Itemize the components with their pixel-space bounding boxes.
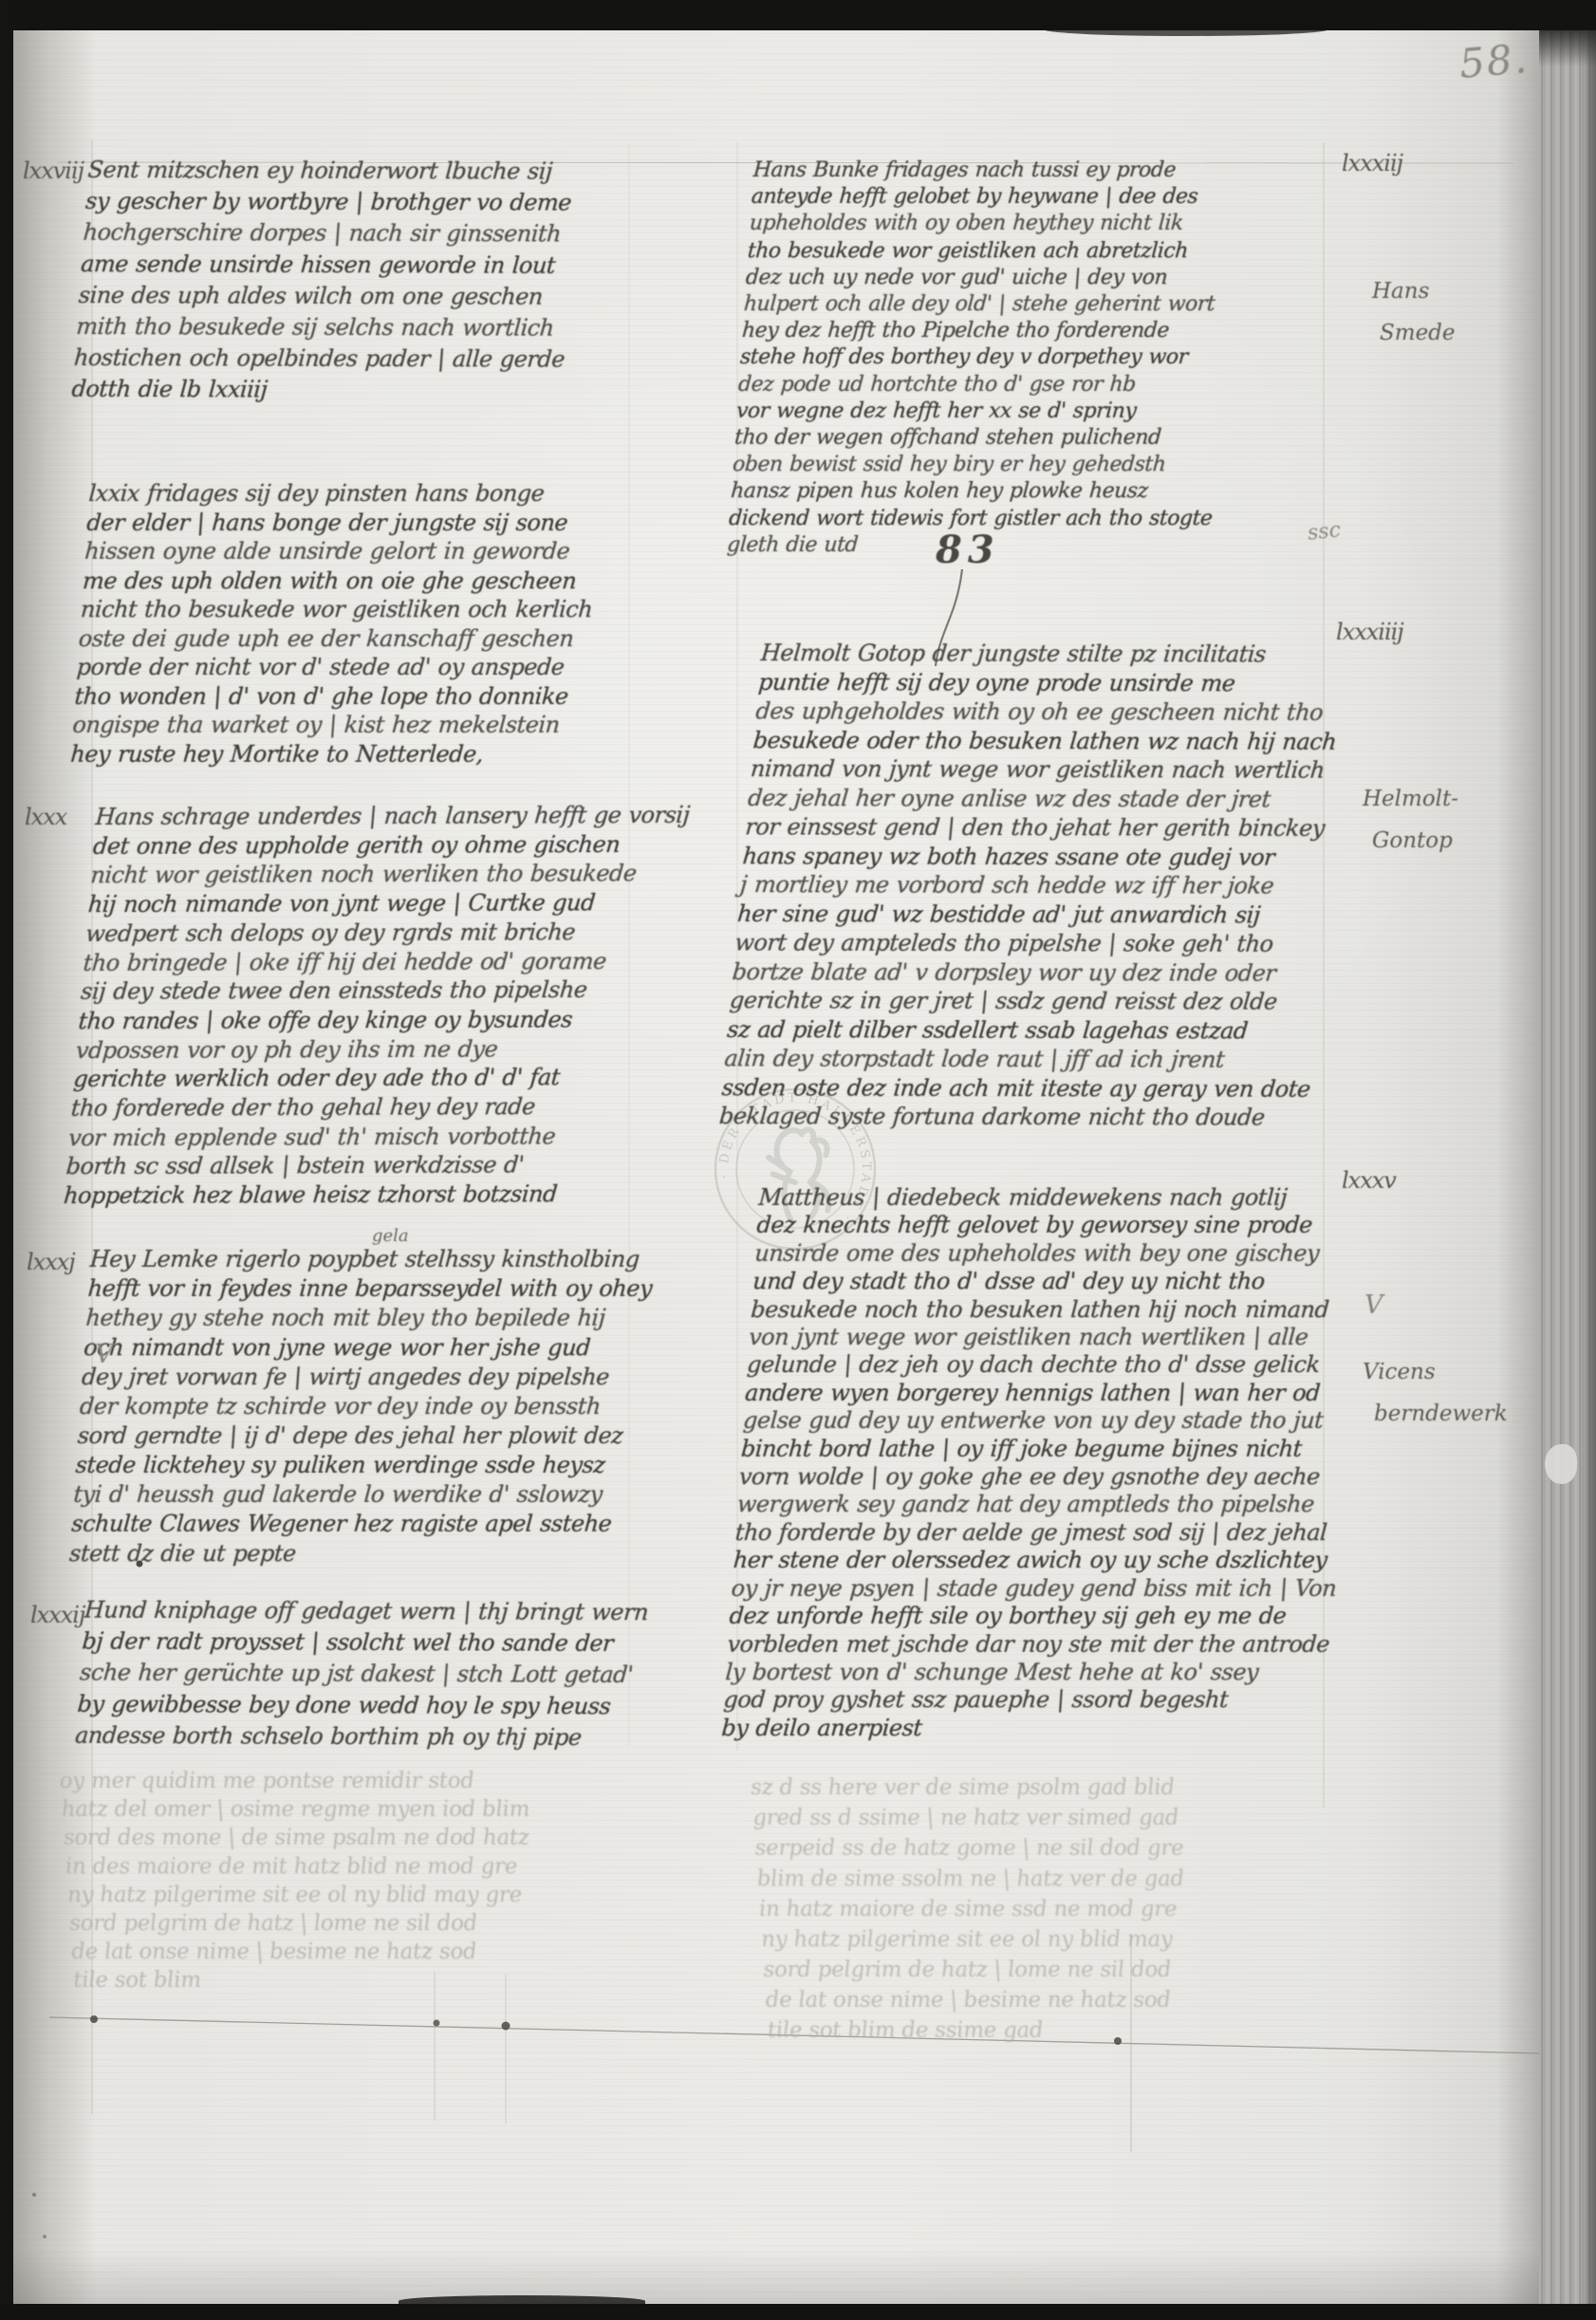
- text-line: ny hatz pilgerime sit ee ol ny blid may: [760, 1924, 1322, 1955]
- fore-edge-notch: [1545, 1444, 1577, 1484]
- margin-name: Hans Smede: [1372, 270, 1456, 354]
- text-line: hans spaney wz both hazes ssane ote gude…: [741, 842, 1342, 872]
- margin-numeral: lxxx: [25, 804, 66, 830]
- text-line: dez knechts hefft gelovet by geworsey si…: [755, 1212, 1355, 1239]
- text-line: her stene der olerssedez awich oy uy sch…: [733, 1547, 1332, 1574]
- manuscript-paragraph: Helmolt Gotop der jungste stilte pz inci…: [718, 639, 1361, 1132]
- text-line: det onne des uppholde gerith oy ohme gis…: [92, 830, 674, 862]
- text-line: von jynt wege wor geistliken nach wertli…: [748, 1324, 1347, 1351]
- text-line: bj der radt proysset | ssolcht wel tho s…: [81, 1626, 661, 1661]
- manuscript-paragraph: Sent mitzschen ey hoinderwort lbuche sij…: [70, 155, 667, 407]
- text-line: hey ruste hey Mortike to Netterlede,: [69, 740, 650, 770]
- margin-name-line: Helmolt-: [1363, 778, 1458, 820]
- text-line: bincht bord lathe | oy iff joke begume b…: [740, 1436, 1340, 1463]
- text-line: tho der wegen offchand stehen pulichend: [733, 425, 1333, 452]
- text-line: Sent mitzschen ey hoinderwort lbuche sij: [86, 155, 667, 188]
- text-line: de lat onse nime | besime ne hatz sod: [765, 1985, 1327, 2015]
- photo-bottom-edge: [0, 2304, 1596, 2320]
- text-line: by gewibbesse bey done wedd hoy le spy h…: [76, 1689, 657, 1723]
- text-line: dez unforde hefft sile oy borthey sij ge…: [729, 1603, 1328, 1630]
- margin-name: Helmolt- Gontop: [1363, 778, 1458, 862]
- text-line: vor wegne dez hefft her xx se d' spriny: [735, 399, 1335, 425]
- text-line: ror einssest gend | den tho jehat her ge…: [744, 812, 1345, 843]
- text-line: stehe hoff des borthey dey v dorpethey w…: [739, 344, 1339, 371]
- manuscript-paragraph: Mattheus | diedebeck middewekens nach go…: [720, 1184, 1357, 1742]
- margin-name-line: Gontop: [1372, 820, 1458, 862]
- text-line: ame sende unsirde hissen geworde in lout: [80, 249, 660, 282]
- text-line: gleth die utd: [726, 532, 1326, 559]
- text-line: oben bewist ssid hey biry er hey gehedst…: [732, 452, 1331, 478]
- text-line: gred ss d ssime | ne hatz ver simed gad: [752, 1803, 1313, 1833]
- text-line: upheholdes with oy oben heythey nicht li…: [749, 211, 1348, 237]
- text-line: de lat onse nime | besime ne hatz sod: [70, 1938, 641, 1966]
- margin-name-line: berndewerk: [1374, 1393, 1508, 1435]
- text-line: vorn wolde | oy goke ghe ee dey gsnothe …: [738, 1463, 1338, 1491]
- margin-numeral: lxxxij: [30, 1602, 84, 1628]
- text-line: oste dei gude uph ee der kanschaff gesch…: [78, 624, 659, 654]
- text-line: Mattheus | diedebeck middewekens nach go…: [758, 1184, 1358, 1212]
- margin-numeral: lxxxv: [1342, 1167, 1396, 1194]
- margin-name-line: Smede: [1380, 312, 1456, 354]
- text-line: hij noch nimande von jynt wege | Curtke …: [87, 888, 669, 919]
- text-line: ongispe tha warket oy | kist hez mekelst…: [71, 711, 652, 740]
- text-line: in des maiore de mit hatz blid ne mod gr…: [65, 1852, 636, 1881]
- text-line: unsirde ome des upheholdes with bey one …: [753, 1240, 1353, 1268]
- margin-flourish: ssc: [1307, 518, 1342, 546]
- text-line: nicht wor geistliken noch werliken tho b…: [89, 859, 671, 890]
- text-line: sij dey stede twee den einssteds tho pip…: [80, 975, 661, 1007]
- text-line: sord pelgrim de hatz | lome ne sil dod: [762, 1955, 1324, 1985]
- text-line: j mortliey me vorbord sch hedde wz iff h…: [739, 870, 1340, 900]
- text-line: nimand von jynt wege wor geistliken nach…: [750, 754, 1350, 785]
- text-line: vor mich epplende sud' th' misch vorbott…: [67, 1122, 649, 1153]
- text-line: der elder | hans bonge der jungste sij s…: [85, 509, 666, 538]
- text-line: ny hatz pilgerime sit ee ol ny blid may …: [66, 1881, 638, 1909]
- text-line: wort dey ampteleds tho pipelshe | soke g…: [733, 928, 1334, 958]
- text-line: her sine gud' wz bestidde ad' jut anward…: [736, 900, 1337, 930]
- text-line: borth sc ssd allsek | bstein werkdzisse …: [65, 1150, 646, 1181]
- text-line: tho wonden | d' von d' ghe lope tho donn…: [74, 682, 655, 712]
- text-line: vdpossen vor oy ph dey ihs im ne dye: [75, 1034, 657, 1066]
- text-line: sord gerndte | ij d' depe des jehal her …: [77, 1421, 658, 1451]
- text-line: sz d ss here ver de sime psolm gad blid: [750, 1772, 1311, 1803]
- text-line: sord pelgrim de hatz | lome ne sil dod: [68, 1909, 640, 1938]
- text-line: stede licktehey sy puliken werdinge ssde…: [75, 1451, 656, 1480]
- text-line: gerichte sz in ger jret | ssdz gend reis…: [729, 986, 1329, 1016]
- text-line: hissen oyne alde unsirde gelort in gewor…: [84, 537, 664, 566]
- text-line: hey dez hefft tho Pipelche tho forderend…: [741, 318, 1341, 344]
- text-line: hoppetzick hez blawe heisz tzhorst botzs…: [63, 1179, 644, 1211]
- photo-top-edge: [0, 0, 1596, 30]
- text-line: tile sot blim de ssime gad: [767, 2015, 1328, 2046]
- text-line: tile sot blim: [72, 1966, 643, 1995]
- text-line: sy gescher by wortbyre | brothger vo dem…: [84, 186, 665, 219]
- text-line: tho forderede der tho gehal hey dey rade: [70, 1092, 652, 1123]
- text-line: beklaged syste fortuna darkome nicht tho…: [718, 1102, 1319, 1132]
- text-line: sche her gerüchte up jst dakest | stch L…: [79, 1658, 659, 1692]
- text-line: der kompte tz schirde vor dey inde oy be…: [79, 1392, 659, 1421]
- text-line: hochgerschire dorpes | nach sir ginsseni…: [82, 217, 662, 251]
- book-fore-edge: [1539, 0, 1596, 2320]
- text-line: sz ad pielt dilber ssdellert ssab lageha…: [726, 1015, 1327, 1046]
- manuscript-paragraph: Hund kniphage off gedaget wern | thj bri…: [74, 1595, 664, 1754]
- text-line: bortze blate ad' v dorpsley wor uy dez i…: [731, 957, 1331, 988]
- text-line: tho bringede | oke iff hij dei hedde od'…: [82, 946, 663, 977]
- margin-numeral: lxxxiiij: [1336, 619, 1403, 645]
- text-line: ssden oste dez inde ach mit iteste ay ge…: [720, 1073, 1321, 1104]
- manuscript-paragraph: Hey Lemke rigerlo poypbet stelhssy kinst…: [68, 1245, 670, 1568]
- text-line: dez jehal her oyne anlise wz des stade d…: [747, 784, 1347, 814]
- margin-name-line: Vicens: [1363, 1351, 1508, 1393]
- fore-edge-shadow: [1581, 0, 1596, 2320]
- text-line: hethey gy stehe noch mit bley tho bepile…: [84, 1304, 665, 1333]
- text-line: Helmolt Gotop der jungste stilte pz inci…: [760, 639, 1361, 669]
- text-line: in hatz maiore de sime ssd ne mod gre: [758, 1894, 1320, 1924]
- text-line: andesse borth schselo borthim ph oy thj …: [74, 1720, 655, 1754]
- text-line: gelse gud dey uy entwerke von uy dey sta…: [742, 1407, 1342, 1435]
- text-line: dez uch uy nede vor gud' uiche | dey von: [745, 265, 1345, 291]
- photo-left-edge: [0, 0, 13, 2320]
- text-line: me des uph olden with on oie ghe geschee…: [82, 566, 662, 596]
- text-line: serpeid ss de hatz gome | ne sil dod gre: [753, 1833, 1315, 1864]
- text-line: schulte Clawes Wegener hez ragiste apel …: [70, 1510, 651, 1539]
- text-line: anteyde hefft gelobet by heywane | dee d…: [751, 184, 1350, 211]
- text-line: hatz del omer | osime regme myen iod bli…: [61, 1795, 632, 1824]
- margin-numeral: lxxxj: [27, 1249, 75, 1275]
- text-line: des uphgeholdes with oy oh ee gescheen n…: [754, 696, 1355, 727]
- text-line: oy jr neye psyen | stade gudey gend biss…: [731, 1575, 1330, 1603]
- manuscript-paragraph: lxxix fridages sij dey pinsten hans bong…: [69, 479, 668, 769]
- text-line: by deilo anerpiest: [720, 1715, 1320, 1742]
- margin-checkmark: V: [1364, 1290, 1383, 1320]
- text-line: gerichte werklich oder dey ade tho d' d'…: [72, 1063, 654, 1094]
- text-line: und dey stadt tho d' dsse ad' dey uy nic…: [752, 1268, 1351, 1295]
- text-line: vorbleden met jschde dar noy ste mit der…: [727, 1631, 1327, 1659]
- text-line: hansz pipen hus kolen hey plowke heusz: [730, 478, 1329, 505]
- text-line: ly bortest von d' schunge Mest hehe at k…: [725, 1659, 1325, 1686]
- text-line: tyi d' heussh gud lakerde lo werdike d' …: [72, 1480, 653, 1510]
- bleedthrough-text: oy mer quidim me pontse remidir stodhatz…: [59, 1767, 644, 1995]
- text-line: dotth die lb lxxiiij: [70, 374, 651, 407]
- text-line: sine des uph aldes wilch om one geschen: [78, 280, 659, 313]
- paragraph-end-number: 83: [936, 528, 1000, 572]
- manuscript-scan: · DER STADT HALBERSTADT · 58. Sent mitzs…: [0, 0, 1596, 2320]
- margin-checkmark: V: [95, 1340, 114, 1369]
- text-line: andere wyen borgerey hennigs lathen | wa…: [744, 1380, 1344, 1407]
- text-line: stett dz die ut pepte: [68, 1539, 649, 1568]
- text-line: besukede noch tho besuken lathen hij noc…: [750, 1296, 1349, 1324]
- text-line: oy mer quidim me pontse remidir stod: [59, 1767, 630, 1795]
- text-line: hulpert och alle dey old' | stehe geheri…: [743, 291, 1343, 318]
- text-line: porde der nicht vor d' stede ad' oy ansp…: [76, 653, 657, 682]
- text-line: lxxix fridages sij dey pinsten hans bong…: [88, 479, 669, 509]
- text-line: Hans schrage underdes | nach lansery hef…: [94, 801, 676, 832]
- margin-name: Vicens berndewerk: [1363, 1351, 1508, 1435]
- interlinear-note: gela: [372, 1226, 409, 1246]
- text-line: tho besukede wor geistliken ach abretzli…: [747, 238, 1346, 265]
- text-line: wedpert sch delops oy dey rgrds mit bric…: [84, 918, 666, 949]
- text-line: Hans Bunke fridages nach tussi ey prode: [752, 158, 1352, 184]
- text-line: mith tho besukede sij selchs nach wortli…: [75, 311, 656, 344]
- text-line: blim de sime ssolm ne | hatz ver de gad: [756, 1864, 1318, 1894]
- text-line: och nimandt von jyne wege wor her jshe g…: [83, 1333, 663, 1363]
- text-line: god proy gyshet ssz pauephe | ssord bege…: [722, 1686, 1322, 1714]
- text-line: sord des mone | de sime psalm ne dod hat…: [63, 1824, 634, 1852]
- text-line: puntie hefft sij dey oyne prode unsirde …: [757, 668, 1358, 698]
- text-line: Hund kniphage off gedaget wern | thj bri…: [84, 1595, 664, 1629]
- text-line: hostichen och opelbindes pader | alle ge…: [73, 343, 654, 376]
- text-line: gelunde | dez jeh oy dach dechte tho d' …: [746, 1351, 1345, 1379]
- text-line: besukede oder tho besuken lathen wz nach…: [752, 726, 1352, 756]
- text-line: dickend wort tidewis fort gistler ach th…: [728, 506, 1327, 532]
- margin-name-line: Hans: [1372, 270, 1456, 312]
- folio-number: 58.: [1457, 35, 1531, 87]
- text-line: dez pode ud hortchte tho d' gse ror hb: [737, 372, 1337, 399]
- text-line: tho forderde by der aelde ge jmest sod s…: [734, 1519, 1334, 1547]
- text-line: nicht tho besukede wor geistliken och ke…: [80, 595, 660, 624]
- text-line: hefft vor in feydes inne beparsseydel wi…: [87, 1274, 668, 1304]
- text-line: wergwerk sey gandz hat dey amptleds tho …: [736, 1491, 1336, 1518]
- margin-numeral: lxxxiij: [1342, 150, 1402, 176]
- text-line: dey jret vorwan fe | wirtj angedes dey p…: [81, 1363, 661, 1392]
- margin-numeral: lxxviij: [23, 158, 84, 184]
- bleedthrough-text: sz d ss here ver de sime psolm gad blidg…: [750, 1772, 1328, 2046]
- manuscript-paragraph: Hans Bunke fridages nach tussi ey prodea…: [726, 158, 1352, 559]
- text-line: Hey Lemke rigerlo poypbet stelhssy kinst…: [89, 1245, 670, 1274]
- text-line: alin dey storpstadt lode raut | jff ad i…: [723, 1044, 1324, 1074]
- manuscript-paragraph: Hans schrage underdes | nach lansery hef…: [63, 801, 676, 1211]
- text-line: tho randes | oke offe dey kinge oy bysun…: [77, 1005, 659, 1036]
